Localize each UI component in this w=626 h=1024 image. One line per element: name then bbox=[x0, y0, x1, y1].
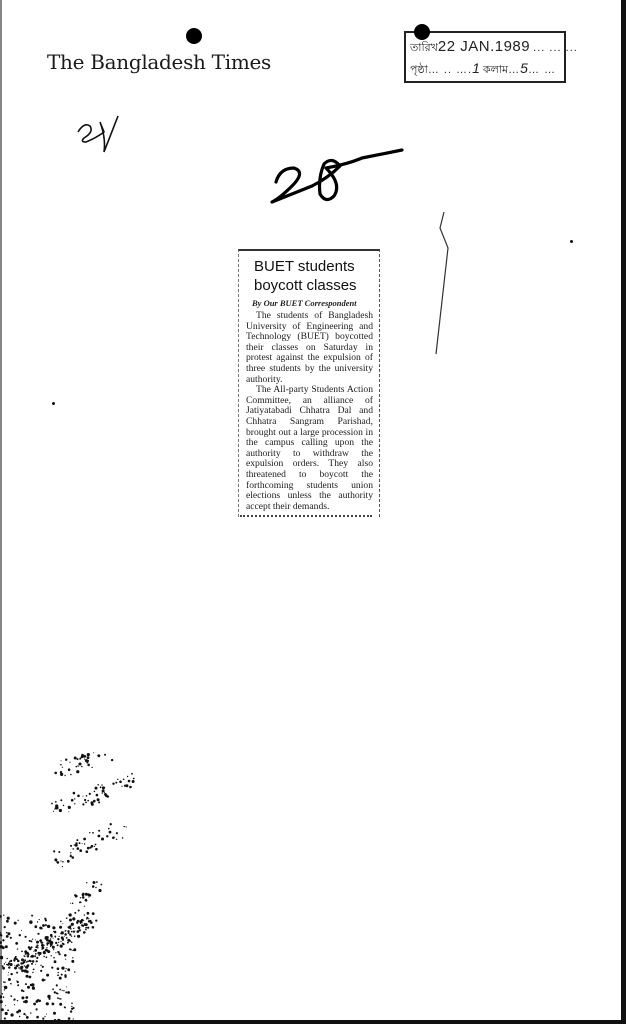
pencil-mark bbox=[434, 208, 474, 358]
punch-hole-left bbox=[186, 28, 202, 44]
article-paragraph-2: The All-party Students Action Committee,… bbox=[246, 385, 373, 512]
headline-line-2: boycott classes bbox=[254, 276, 373, 295]
article-headline: BUET students boycott classes bbox=[254, 257, 373, 295]
article-paragraph-1: The students of Bangladesh University of… bbox=[246, 311, 373, 385]
clipping-edge bbox=[240, 513, 372, 517]
stamp-filler: ... ... ... bbox=[533, 42, 578, 54]
stamp-page-value: 1 bbox=[472, 60, 480, 76]
newspaper-masthead: The Bangladesh Times bbox=[47, 50, 271, 74]
speck bbox=[570, 240, 573, 243]
stamp-column-value: 5 bbox=[520, 60, 528, 76]
stamp-date-row: তারিখ22 JAN.1989 ... ... ... bbox=[410, 38, 578, 58]
stamp-date-label: তারিখ bbox=[410, 42, 438, 54]
stamp-date-value: 22 JAN.1989 bbox=[438, 38, 530, 55]
handwritten-note-27 bbox=[74, 112, 130, 160]
stamp-column-label: কলাম bbox=[483, 64, 508, 76]
scan-edge-right bbox=[621, 0, 626, 1024]
speck bbox=[52, 402, 55, 405]
stamp-page-label: পৃষ্ঠা bbox=[410, 64, 428, 76]
article-clipping: BUET students boycott classes By Our BUE… bbox=[238, 249, 380, 517]
headline-line-1: BUET students bbox=[254, 257, 373, 276]
punch-hole-right bbox=[414, 24, 430, 40]
scan-noise bbox=[0, 740, 200, 1024]
handwritten-note-28 bbox=[262, 138, 412, 208]
date-stamp: তারিখ22 JAN.1989 ... ... ... পৃষ্ঠা… .. … bbox=[404, 31, 566, 83]
stamp-page-row: পৃষ্ঠা… .. ….1 কলাম…5… … bbox=[410, 60, 556, 80]
article-byline: By Our BUET Correspondent bbox=[252, 298, 373, 308]
